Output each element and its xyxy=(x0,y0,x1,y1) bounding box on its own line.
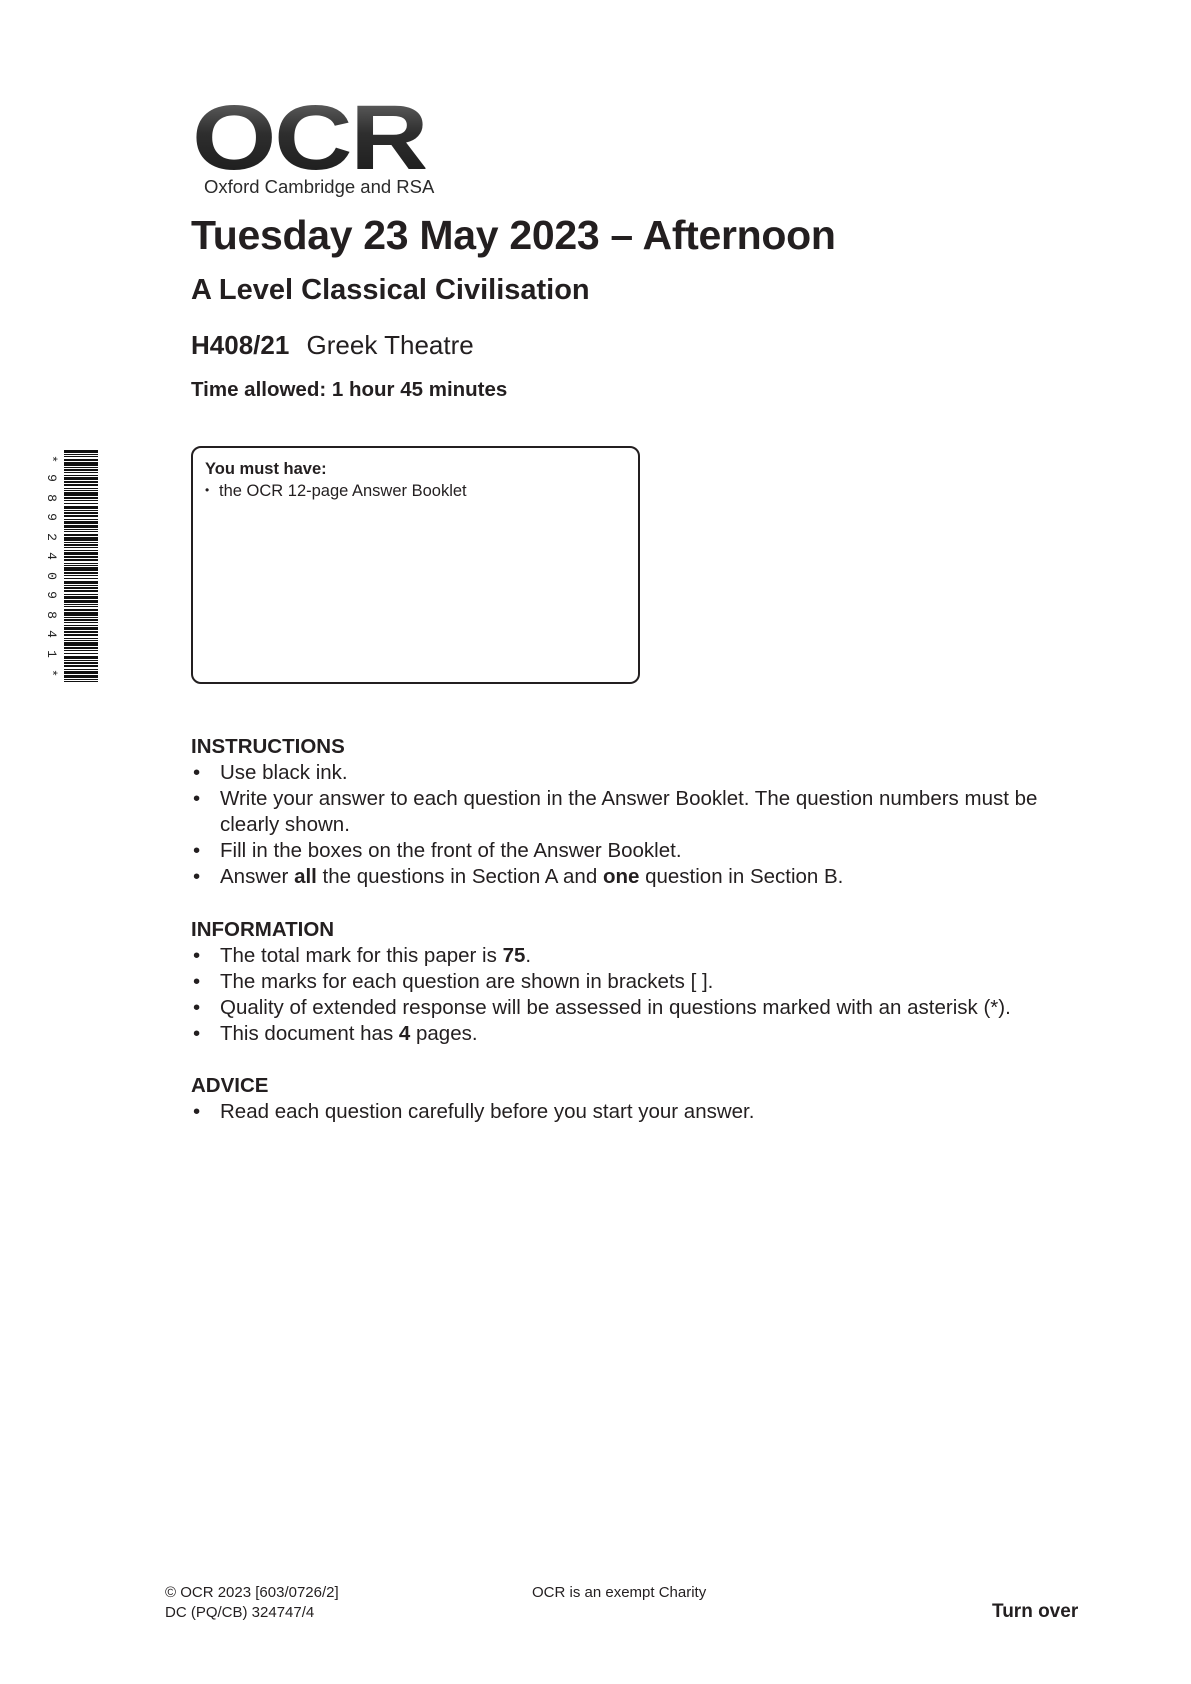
exam-date-title: Tuesday 23 May 2023 – Afternoon xyxy=(191,212,836,259)
list-item: Quality of extended response will be ass… xyxy=(191,995,1091,1021)
unit-name: Greek Theatre xyxy=(307,330,474,360)
barcode-bars-icon xyxy=(64,450,98,682)
bullet-icon: • xyxy=(205,483,219,497)
advice-list: Read each question carefully before you … xyxy=(191,1099,1091,1125)
barcode-digits: *9892409841* xyxy=(44,450,58,682)
instructions-heading: INSTRUCTIONS xyxy=(191,734,1091,760)
footer-charity: OCR is an exempt Charity xyxy=(532,1583,706,1603)
ocr-logo: OCR Oxford Cambridge and RSA xyxy=(192,92,390,184)
information-list: The total mark for this paper is 75.The … xyxy=(191,943,1091,1047)
barcode: *9892409841* xyxy=(44,450,100,682)
exam-subject: A Level Classical Civilisation xyxy=(191,274,590,307)
footer-copyright: © OCR 2023 [603/0726/2] xyxy=(165,1583,339,1603)
list-item: Use black ink. xyxy=(191,760,1091,786)
footer-left: © OCR 2023 [603/0726/2] DC (PQ/CB) 32474… xyxy=(165,1583,339,1623)
information-heading: INFORMATION xyxy=(191,917,1091,943)
advice-section: ADVICE Read each question carefully befo… xyxy=(191,1073,1091,1125)
turn-over-label: Turn over xyxy=(992,1601,1078,1623)
instructions-list: Use black ink.Write your answer to each … xyxy=(191,760,1091,890)
list-item: Read each question carefully before you … xyxy=(191,1099,1091,1125)
must-have-title: You must have: xyxy=(205,460,327,479)
time-allowed: Time allowed: 1 hour 45 minutes xyxy=(191,378,507,402)
exam-unit: H408/21 Greek Theatre xyxy=(191,330,474,361)
list-item: Fill in the boxes on the front of the An… xyxy=(191,838,1091,864)
logo-mark: OCR xyxy=(192,92,426,184)
list-item: This document has 4 pages. xyxy=(191,1021,1091,1047)
list-item: Answer all the questions in Section A an… xyxy=(191,864,1091,890)
must-have-box: You must have: •the OCR 12-page Answer B… xyxy=(191,446,640,684)
list-item: The marks for each question are shown in… xyxy=(191,969,1091,995)
unit-code: H408/21 xyxy=(191,330,289,360)
must-have-item: •the OCR 12-page Answer Booklet xyxy=(205,482,467,501)
instructions-section: INSTRUCTIONS Use black ink.Write your an… xyxy=(191,734,1091,890)
list-item: Write your answer to each question in th… xyxy=(191,786,1091,838)
advice-heading: ADVICE xyxy=(191,1073,1091,1099)
information-section: INFORMATION The total mark for this pape… xyxy=(191,917,1091,1047)
list-item: The total mark for this paper is 75. xyxy=(191,943,1091,969)
footer-doc-code: DC (PQ/CB) 324747/4 xyxy=(165,1603,339,1623)
logo-subtitle: Oxford Cambridge and RSA xyxy=(204,176,434,198)
